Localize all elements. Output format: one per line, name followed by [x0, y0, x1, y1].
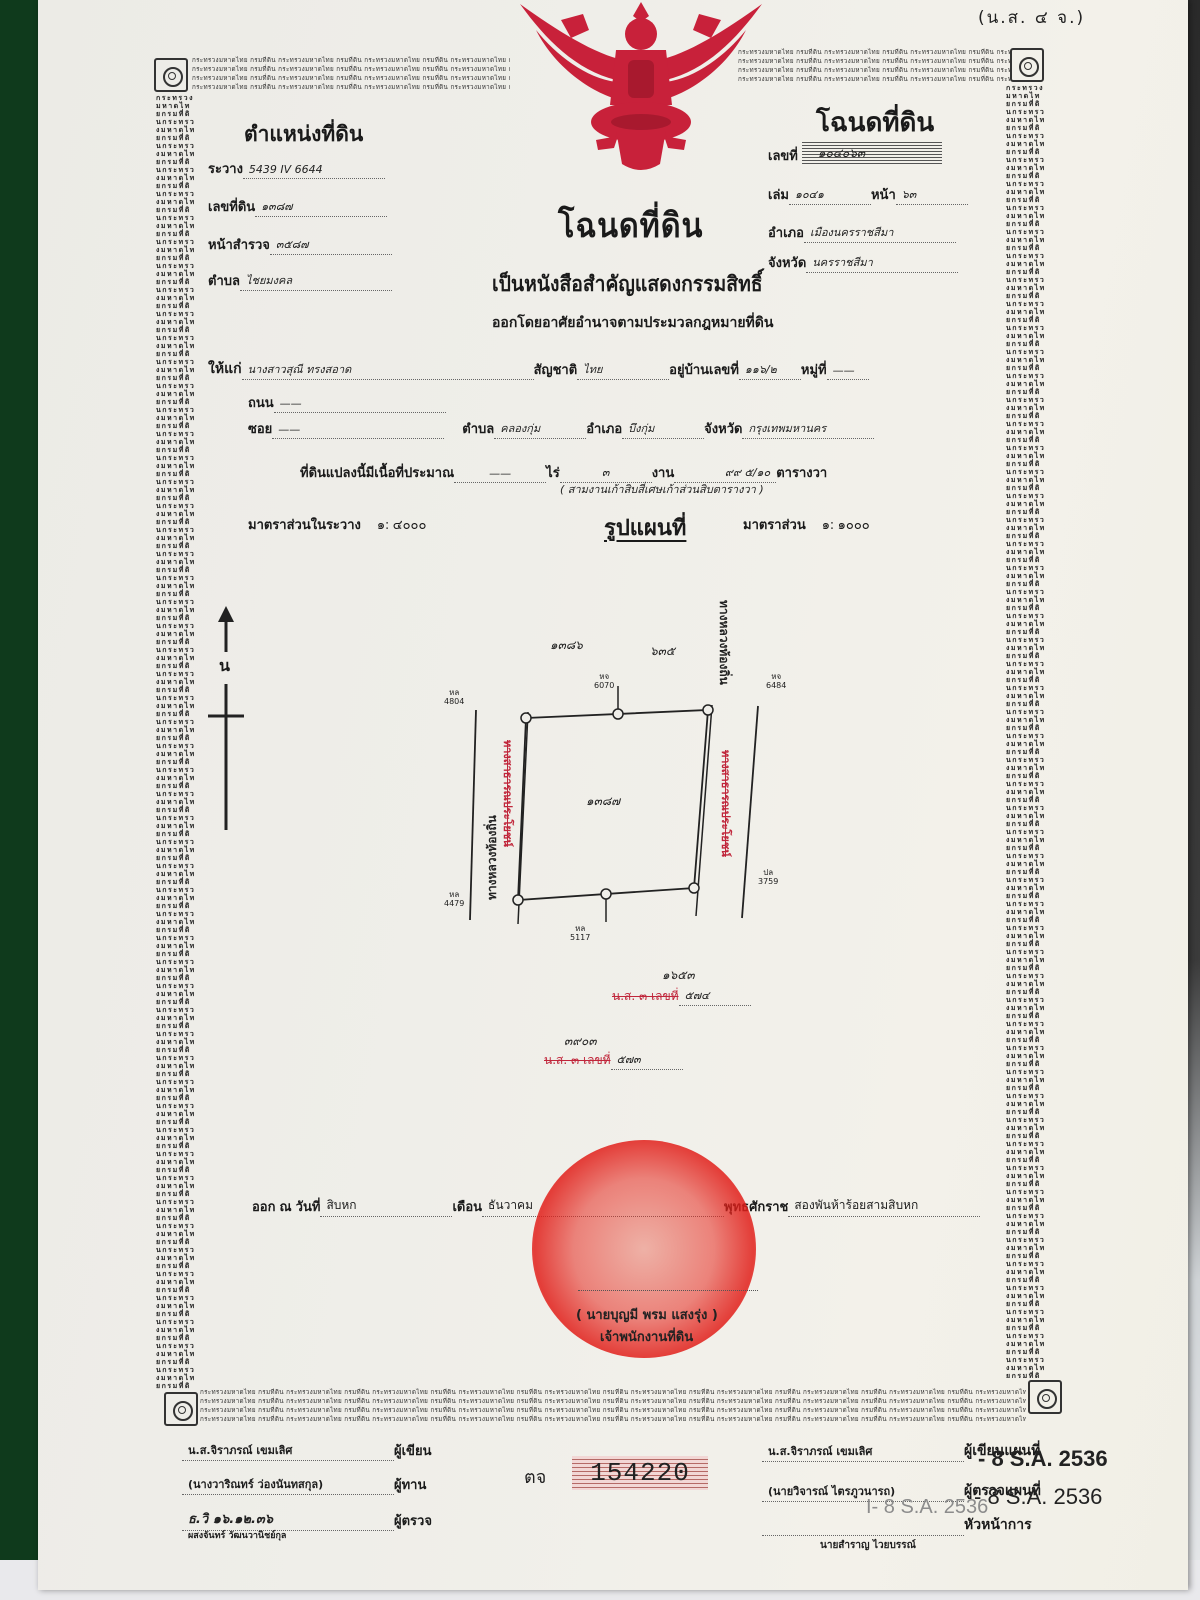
soi-value: ——: [272, 423, 444, 439]
sheet-scale-value: ๑: ๔๐๐๐: [377, 514, 427, 535]
date-stamp: - 8 S.A. 2536: [974, 1484, 1102, 1510]
ref-label: น.ส. ๓ เลขที่: [544, 1051, 611, 1070]
signer-role: หัวหน้าการ: [964, 1514, 1032, 1536]
field-amphoe: อำเภอ เมืองนครราชสีมา: [768, 222, 956, 243]
road-value: ——: [274, 397, 446, 413]
corner-ornament-icon: [1028, 1380, 1062, 1414]
field-value: ๑๐๔๑: [789, 185, 871, 205]
marker-label: หจ6484: [766, 672, 786, 690]
field-label: หน้า: [871, 184, 896, 205]
officer-name: ( นายบุญมี พรม แสงรุ่ง ): [576, 1304, 718, 1325]
house-no-value: ๑๑๖/๒: [739, 360, 801, 380]
month-label: เดือน: [452, 1196, 482, 1217]
tambon-value: คลองกุ่ม: [494, 419, 586, 439]
wa-label: ตารางวา: [776, 462, 827, 483]
officer-title: เจ้าพนักงานที่ดิน: [600, 1326, 693, 1347]
corner-ornament-icon: [164, 1392, 198, 1426]
corner-ornament-icon: [154, 58, 188, 92]
ref-value: ๕๗๓: [611, 1050, 683, 1070]
marker-label: หล5117: [570, 924, 590, 942]
area-in-words: ( สามงานเก้าสิบสี่เศษเก้าส่วนสิบตารางวา …: [560, 480, 764, 498]
field-deed-no: เลขที่ ๑๐๔๐๖๓: [768, 140, 942, 166]
road-label-right: ทางหลวงท้องถิ่น: [718, 600, 734, 750]
footer-right-row: หัวหน้าการ: [762, 1514, 1032, 1536]
signer-name: น.ส.จิราภรณ์ เขมเลิศ: [182, 1441, 394, 1461]
rai-label: ไร่: [546, 462, 560, 483]
north-arrow: น: [206, 604, 246, 834]
road-label: ถนน: [248, 392, 274, 413]
field-volume-page: เล่ม ๑๐๔๑ หน้า ๖๓: [768, 184, 968, 205]
soi-row: ซอย —— ตำบล คลองกุ่ม อำเภอ บึงกุ่ม จังหว…: [248, 418, 874, 439]
issue-day: สิบหก: [320, 1196, 452, 1217]
nationality-label: สัญชาติ: [534, 359, 578, 380]
field-label: จังหวัด: [768, 252, 806, 273]
ref-row-2: น.ส. ๓ เลขที่ ๕๗๓: [544, 1050, 683, 1070]
owner-name: นางสาวสุณี ทรงสอาด: [242, 360, 534, 380]
map-scale: มาตราส่วน ๑: ๑๐๐๐: [743, 514, 870, 535]
amphoe-label: อำเภอ: [586, 418, 622, 439]
signer-name: น.ส.จิราภรณ์ เขมเลิศ: [762, 1442, 964, 1462]
neighbor-parcel: ๑๓๘๖: [550, 636, 583, 655]
clerk-name: ผสงจันทร์ วัฒนวานิชย์กุล: [188, 1528, 286, 1542]
signer-role: ผู้ตรวจ: [394, 1510, 432, 1531]
serial-number: 154220: [572, 1456, 708, 1490]
amphoe-value: บึงกุ่ม: [622, 419, 704, 439]
field-value: ๓๕๘๗: [270, 235, 392, 255]
sheet-scale-label: มาตราส่วนในระวาง: [248, 514, 361, 535]
field-province: จังหวัด นครราชสีมา: [768, 252, 958, 273]
field-label: อำเภอ: [768, 222, 804, 243]
footer-left-row: (นางวาริณทร์ ว่องนันทสกุล) ผู้ทาน: [182, 1474, 426, 1495]
corner-ornament-icon: [1010, 48, 1044, 82]
document-title: โฉนดที่ดิน: [558, 198, 703, 252]
neighbor-parcel: ๖๓๕: [650, 642, 675, 661]
road-label-left: ทางหลวงท้องถิ่น: [482, 600, 498, 900]
public-way-right: ทางสาธารณประโยชน์: [718, 750, 734, 900]
north-arrow-icon: [206, 604, 246, 834]
deed-block-title: โฉนดที่ดิน: [816, 102, 934, 143]
date-stamp: - 8 S.A. 2536: [978, 1446, 1108, 1472]
ref-number: ๓๙๐๓: [564, 1032, 597, 1051]
ref-value: ๕๗๔: [679, 986, 751, 1006]
border-top-right: กระทรวงมหาดไทย กรมที่ดิน กระทรวงมหาดไทย …: [738, 48, 1010, 84]
ref-label: น.ส. ๓ เลขที่: [612, 987, 679, 1006]
field-value: ๖๓: [896, 185, 968, 205]
garuda-emblem-icon: [516, 0, 766, 175]
parcel-map: ๑๓๘๖ ๖๓๕ ๑๓๘๗ ทางหลวงท้องถิ่น ทางสาธารณป…: [418, 600, 798, 940]
field-value: ๑๓๘๗: [255, 197, 387, 217]
parcel-number: ๑๓๘๗: [586, 792, 620, 811]
field-label: ระวาง: [208, 158, 243, 179]
nationality-value: ไทย: [577, 360, 669, 380]
issue-year: สองพันห้าร้อยสามสิบหก: [788, 1196, 980, 1217]
field-value: เมืองนครราชสีมา: [804, 223, 956, 243]
soi-label: ซอย: [248, 418, 272, 439]
field-value: นครราชสีมา: [806, 253, 958, 273]
signer-name: [762, 1520, 964, 1536]
footer-left-row: น.ส.จิราภรณ์ เขมเลิศ ผู้เขียน: [182, 1440, 431, 1461]
field-map-sheet: ระวาง 5439 IV 6644: [208, 158, 385, 179]
signature-line: [578, 1290, 758, 1291]
area-label: ที่ดินแปลงนี้มีเนื้อที่ประมาณ: [300, 462, 454, 483]
field-survey-page: หน้าสำรวจ ๓๕๘๗: [208, 234, 392, 255]
field-label: เลขที่: [768, 145, 798, 166]
map-scale-value: ๑: ๑๐๐๐: [822, 514, 870, 535]
marker-label: หจ6070: [594, 672, 614, 690]
border-bottom: กระทรวงมหาดไทย กรมที่ดิน กระทรวงมหาดไทย …: [200, 1388, 1026, 1424]
land-title-deed: (น.ส. ๔ จ.) กระทรวงมหาดไทย กรมที่ดิน กระ…: [38, 0, 1188, 1590]
house-no-label: อยู่บ้านเลขที่: [669, 359, 739, 380]
sheet-scale: มาตราส่วนในระวาง ๑: ๔๐๐๐: [248, 514, 426, 535]
signer-role: ผู้เขียน: [394, 1440, 431, 1461]
map-scale-label: มาตราส่วน: [743, 514, 806, 535]
parcel-plot-svg: [418, 600, 798, 940]
marker-label: ปล3759: [758, 868, 778, 886]
field-label: เลขที่ดิน: [208, 196, 255, 217]
serial-prefix: ตจ: [524, 1462, 546, 1491]
location-block-title: ตำแหน่งที่ดิน: [244, 118, 363, 151]
signer-role: ผู้ทาน: [394, 1474, 426, 1495]
moo-value: ——: [827, 364, 869, 380]
document-authority: ออกโดยอาศัยอำนาจตามประมวลกฎหมายที่ดิน: [492, 312, 773, 334]
road-row: ถนน ——: [248, 392, 446, 413]
border-right: กระทรวงมหาดไทยกรมที่ดินกระทรวงมหาดไทยกรม…: [1006, 84, 1046, 1378]
field-value: ๑๐๔๐๖๓: [818, 144, 865, 163]
form-code: (น.ส. ๔ จ.): [978, 4, 1085, 31]
tambon-label: ตำบล: [462, 418, 494, 439]
owner-label: ให้แก่: [208, 358, 242, 380]
field-tambon: ตำบล ไชยมงคล: [208, 270, 392, 291]
north-label: น: [219, 654, 230, 679]
deed-number-box: ๑๐๔๐๖๓: [802, 140, 942, 166]
province-label: จังหวัด: [704, 418, 742, 439]
signer-name: (นางวาริณทร์ ว่องนันทสกุล): [182, 1475, 394, 1495]
province-value: กรุงเทพมหานคร: [742, 419, 874, 439]
field-value: 5439 IV 6644: [243, 163, 385, 179]
public-way-left: ทางสาธารณประโยชน์: [500, 740, 516, 910]
moo-label: หมู่ที่: [801, 359, 827, 380]
ref-row-1: น.ส. ๓ เลขที่ ๕๗๔: [612, 986, 751, 1006]
field-label: ตำบล: [208, 270, 240, 291]
marker-label: หล4804: [444, 688, 464, 706]
border-left: กระทรวงมหาดไทยกรมที่ดินกระทรวงมหาดไทยกรม…: [156, 94, 196, 1390]
field-parcel-no: เลขที่ดิน ๑๓๘๗: [208, 196, 387, 217]
field-label: หน้าสำรวจ: [208, 234, 270, 255]
marker-label: หล4479: [444, 890, 464, 908]
clerk-name: นายสำราญ ไวยบรรณ์: [820, 1538, 916, 1553]
border-top-left: กระทรวงมหาดไทย กรมที่ดิน กระทรวงมหาดไทย …: [192, 56, 510, 92]
map-title: รูปแผนที่: [604, 510, 686, 545]
owner-row: ให้แก่ นางสาวสุณี ทรงสอาด สัญชาติ ไทย อย…: [208, 358, 869, 380]
issue-label: ออก ณ วันที่: [252, 1196, 320, 1217]
document-subtitle: เป็นหนังสือสำคัญแสดงกรรมสิทธิ์: [492, 268, 763, 301]
field-value: ไชยมงคล: [240, 271, 392, 291]
area-rai: ——: [454, 467, 546, 483]
ref-number: ๑๖๕๓: [662, 966, 695, 985]
field-label: เล่ม: [768, 184, 789, 205]
